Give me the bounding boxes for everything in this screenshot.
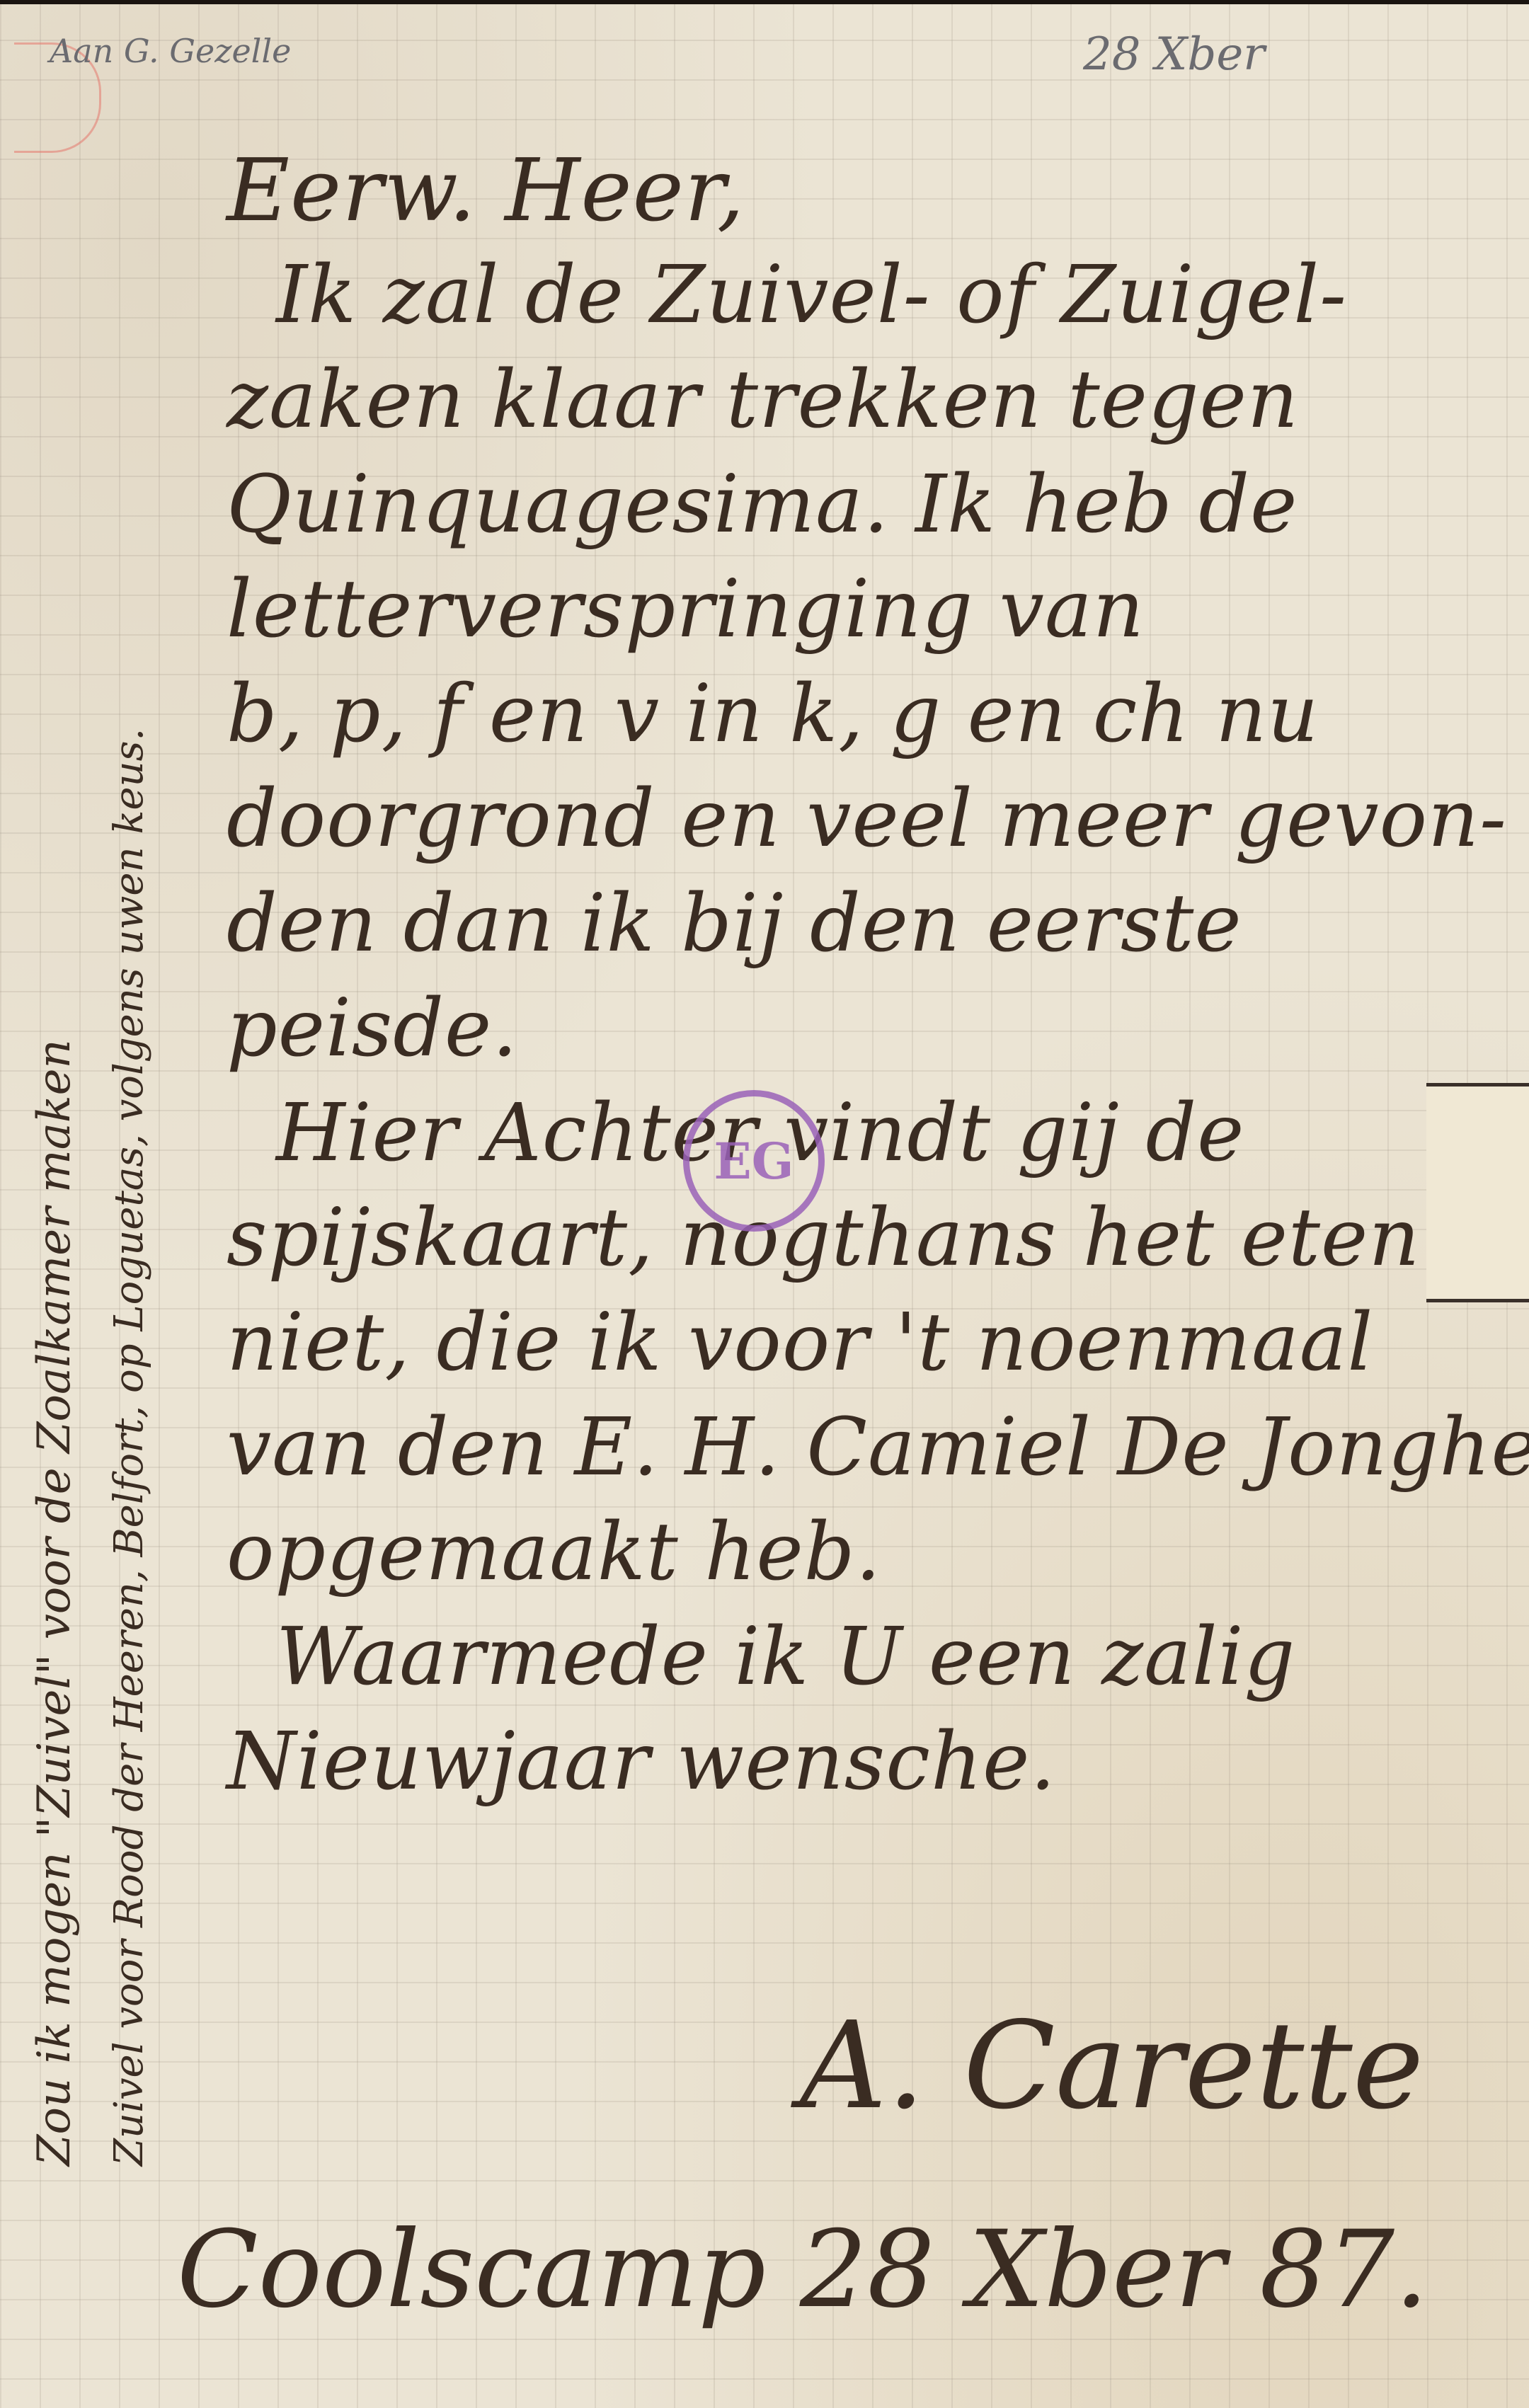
letter-line: peisde. <box>227 976 1501 1081</box>
letter-line: Quinquagesima. Ik heb de <box>227 452 1501 557</box>
letter-line: Waarmede ik U een zalig <box>227 1605 1501 1709</box>
letter-line: Ik zal de Zuivel- of Zuigel- <box>227 243 1501 348</box>
top-edge-border <box>0 0 1529 4</box>
letter-line: spijskaart, nogthans het eten <box>227 1186 1501 1290</box>
stamp-label: EG <box>714 1132 794 1191</box>
letter-line: den dan ik bij den eerste <box>227 871 1501 976</box>
letter-line: opgemaakt heb. <box>227 1500 1501 1605</box>
letter-line: Nieuwjaar wensche. <box>227 1709 1501 1814</box>
salutation: Eerw. Heer, <box>227 138 1501 243</box>
pencil-date-note: 28 Xber <box>1083 28 1265 81</box>
letter-line: doorgrond en veel meer gevon- <box>227 767 1501 871</box>
dateline: Coolscamp 28 Xber 87. <box>177 2208 1428 2332</box>
library-stamp-icon: EG <box>683 1090 825 1232</box>
letter-line: b, p, f en v in k, g en ch nu <box>227 662 1501 767</box>
letter-line: niet, die ik voor 't noenmaal <box>227 1290 1501 1395</box>
margin-note-1: Zou ik mogen "Zuivel" voor de Zoalkamer … <box>28 1039 81 2166</box>
letter-body: Eerw. Heer, Ik zal de Zuivel- of Zuigel-… <box>227 138 1501 1814</box>
letter-line: zaken klaar trekken tegen <box>227 348 1501 452</box>
letter-line: van den E. H. Camiel De Jonghe <box>227 1395 1501 1500</box>
letter-line: Hier Achter vindt gij de <box>227 1081 1501 1186</box>
folded-tab-edge <box>1426 1083 1529 1302</box>
signature: A. Carette <box>800 1996 1424 2136</box>
margin-note-2: Zuivel voor Rood der Heeren, Belfort, op… <box>106 728 152 2166</box>
letter-line: letterverspringing van <box>227 557 1501 662</box>
pencil-note-recipient: Aan G. Gezelle <box>50 32 291 70</box>
letter-page: Aan G. Gezelle 28 Xber Zou ik mogen "Zui… <box>0 0 1529 2408</box>
